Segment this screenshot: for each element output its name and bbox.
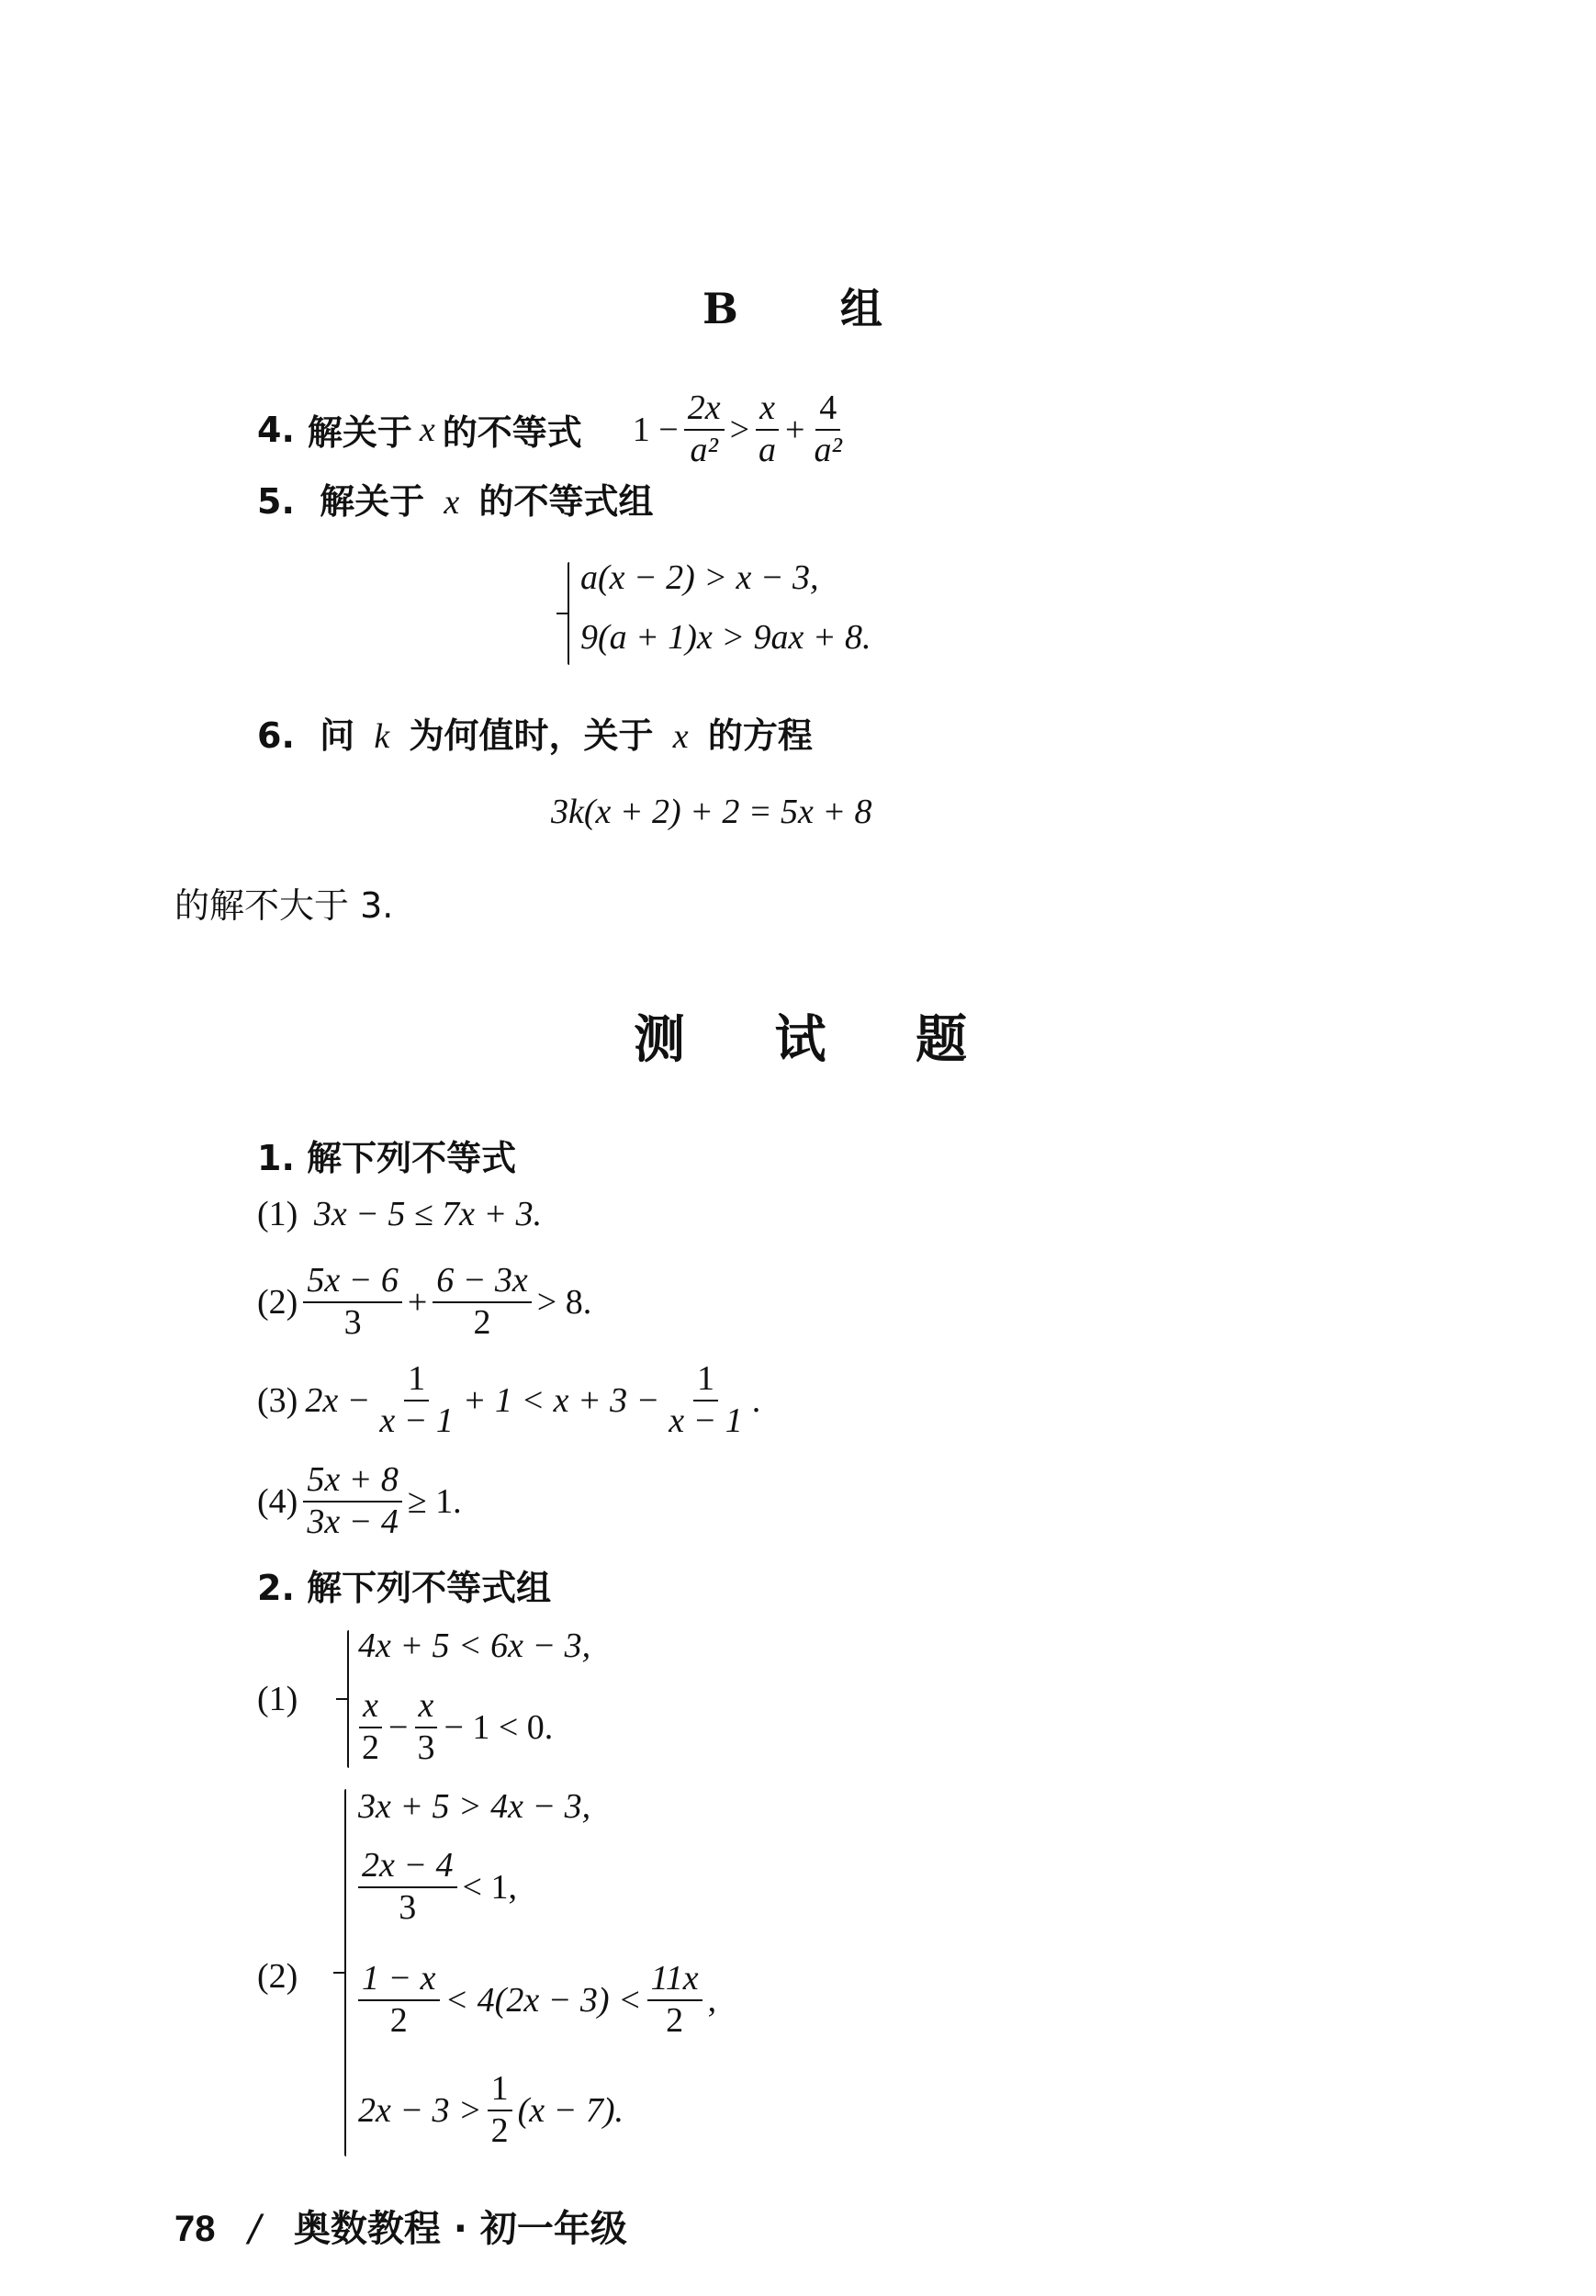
test-q1-item-1: (1) 3x − 5 ≤ 7x + 3. — [257, 1194, 542, 1234]
numerator: 4 — [815, 390, 840, 431]
fraction: 11x2 — [647, 1961, 702, 2040]
item-tail: . — [752, 1380, 761, 1421]
problem-number: 4. — [257, 410, 295, 450]
denominator: 2 — [662, 2001, 687, 2040]
fraction: 1 − x2 — [358, 1961, 440, 2040]
numerator: 1 — [404, 1361, 429, 1401]
numerator: x — [415, 1688, 438, 1728]
problem-text: 的方程 — [708, 715, 813, 756]
denominator: 3 — [341, 1303, 365, 1342]
item-tag: (3) — [257, 1380, 298, 1421]
problem-6: 6. 问 k 为何值时，关于 x 的方程 — [257, 707, 813, 758]
equation: 3k(x + 2) + 2 = 5x + 8 — [551, 792, 871, 832]
item-tail: , — [708, 1980, 717, 2020]
fraction: 2x − 43 — [358, 1848, 457, 1927]
item-tag: (2) — [257, 1282, 298, 1322]
numerator: 1 — [693, 1361, 718, 1401]
inequality-expression: 1 − 2xa² > xa + 4a² — [633, 390, 851, 469]
system-line-1: a(x − 2) > x − 3, — [580, 557, 818, 598]
fraction: 5x + 83x − 4 — [303, 1462, 402, 1541]
fraction: 12 — [488, 2071, 512, 2150]
denominator: a — [755, 431, 780, 469]
item-tag: (1) — [257, 1195, 298, 1233]
denominator: a² — [810, 431, 845, 469]
test-heading: 测 试 题 — [634, 999, 967, 1073]
sys2-line-4: 2x − 3 > 12 (x − 7). — [358, 2071, 624, 2150]
problem-text: 为何值时，关于 — [409, 715, 653, 756]
operator: − — [388, 1707, 408, 1748]
problem-text: 的不等式 — [443, 404, 582, 455]
denominator: 2 — [387, 2001, 411, 2040]
system-brace — [347, 1630, 349, 1768]
problem-4: 4. 解关于 x 的不等式 1 − 2xa² > xa + 4a² — [257, 390, 851, 469]
problem-text: 的不等式组 — [478, 481, 653, 522]
expr-lead: 2x − 3 > — [358, 2090, 482, 2131]
denominator: 2 — [358, 1728, 383, 1767]
sys2-tag: (2) — [257, 1956, 298, 1997]
fraction: xa — [755, 390, 780, 469]
denominator: 2 — [488, 2111, 512, 2150]
system-brace — [568, 562, 569, 665]
item-tail: − 1 < 0. — [444, 1707, 553, 1748]
fraction: 2xa² — [684, 390, 725, 469]
denominator: 3 — [413, 1728, 438, 1767]
numerator: 6 − 3x — [433, 1263, 532, 1303]
item-tail: ≥ 1. — [408, 1481, 462, 1522]
item-tail: (x − 7). — [518, 2090, 624, 2131]
item-tail: < 1, — [463, 1867, 517, 1908]
fraction: 4a² — [810, 390, 845, 469]
problem-5: 5. 解关于 x 的不等式组 — [257, 473, 654, 523]
system-brace — [344, 1789, 346, 2156]
sys2-line-3: 1 − x2 < 4(2x − 3) < 11x2 , — [358, 1961, 716, 2040]
sys2-line-2: 2x − 43 < 1, — [358, 1848, 517, 1927]
numerator: 5x − 6 — [303, 1263, 402, 1303]
sys1-line-1: 4x + 5 < 6x − 3, — [358, 1626, 590, 1666]
problem-text: 解关于 — [308, 404, 412, 455]
fraction: 5x − 63 — [303, 1263, 402, 1342]
test-q1-item-3: (3) 2x − 1x − 1 + 1 < x + 3 − 1x − 1 . — [257, 1361, 760, 1440]
fraction: 1x − 1 — [376, 1361, 457, 1440]
sys1-tag: (1) — [257, 1679, 298, 1719]
heading-word: 组 — [840, 284, 882, 333]
numerator: 2x − 4 — [358, 1848, 457, 1888]
denominator: a² — [686, 431, 721, 469]
expr-middle: < 4(2x − 3) < — [445, 1980, 642, 2020]
test-question-2-label: 2. 解下列不等式组 — [257, 1559, 551, 1610]
expr-lead: 2x − — [305, 1380, 370, 1421]
book-title: 奥数教程 · 初一年级 — [294, 2208, 627, 2250]
variable: x — [444, 483, 459, 522]
heading-char: 题 — [916, 1010, 967, 1070]
denominator: 2 — [470, 1303, 495, 1342]
numerator: x — [756, 390, 779, 431]
fraction: x2 — [358, 1688, 383, 1767]
sys2-line-1: 3x + 5 > 4x − 3, — [358, 1786, 590, 1827]
numerator: 5x + 8 — [303, 1462, 402, 1503]
numerator: 1 − x — [358, 1961, 440, 2001]
problem-6-tail: 的解不大于 3. — [174, 877, 393, 928]
operator: + — [408, 1282, 427, 1322]
test-question-1-label: 1. 解下列不等式 — [257, 1130, 516, 1180]
section-b-heading: B 组 — [702, 276, 882, 336]
test-q1-item-2: (2) 5x − 63 + 6 − 3x2 > 8. — [257, 1263, 591, 1342]
variable: x — [673, 717, 689, 756]
problem-text: 解关于 — [320, 481, 424, 522]
heading-char: 测 — [634, 1010, 685, 1070]
denominator: x − 1 — [665, 1401, 747, 1440]
system-line-2: 9(a + 1)x > 9ax + 8. — [580, 617, 871, 658]
denominator: 3x − 4 — [303, 1503, 402, 1541]
expr-lead: 1 − — [633, 410, 679, 450]
fraction: 1x − 1 — [665, 1361, 747, 1440]
numerator: 1 — [488, 2071, 512, 2111]
variable: x — [420, 410, 435, 450]
numerator: 2x — [684, 390, 725, 431]
page-footer: 78 / 奥数教程 · 初一年级 — [174, 2200, 627, 2252]
item-tail: > 8. — [537, 1282, 591, 1322]
heading-letter: B — [702, 284, 738, 333]
heading-char: 试 — [775, 1010, 826, 1070]
problem-text: 问 — [320, 715, 354, 756]
problem-number: 6. — [257, 715, 295, 756]
expr-middle: + 1 < x + 3 − — [463, 1380, 659, 1421]
page-number: 78 — [174, 2209, 216, 2249]
item-tag: (4) — [257, 1481, 298, 1522]
denominator: 3 — [395, 1888, 420, 1927]
footer-separator: / — [248, 2208, 260, 2250]
variable-k: k — [374, 717, 389, 756]
fraction: x3 — [413, 1688, 438, 1767]
operator: > — [730, 410, 749, 450]
sys1-line-2: x2 − x3 − 1 < 0. — [358, 1688, 553, 1767]
fraction: 6 − 3x2 — [433, 1263, 532, 1342]
test-q1-item-4: (4) 5x + 83x − 4 ≥ 1. — [257, 1462, 462, 1541]
denominator: x − 1 — [376, 1401, 457, 1440]
item-expression: 3x − 5 ≤ 7x + 3. — [314, 1195, 542, 1233]
numerator: 11x — [647, 1961, 702, 2001]
operator: + — [785, 410, 804, 450]
numerator: x — [359, 1688, 382, 1728]
problem-number: 5. — [257, 481, 295, 522]
